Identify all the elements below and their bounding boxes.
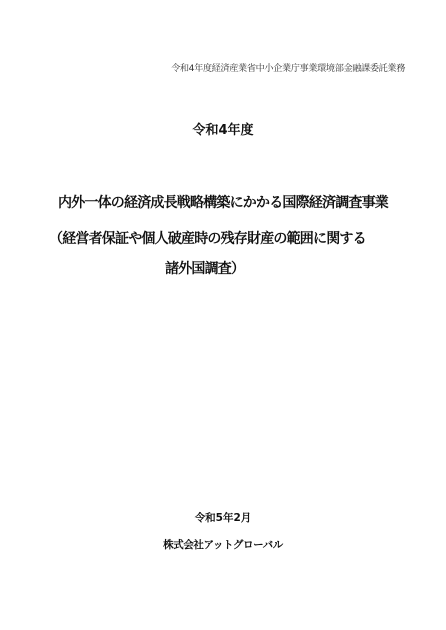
report-subtitle-line-2: 諸外国調査） bbox=[165, 262, 244, 276]
author-company: 株式会社アットグローバル bbox=[0, 540, 446, 551]
report-title: 内外一体の経済成長戦略構築にかかる国際経済調査事業 bbox=[0, 196, 446, 210]
fiscal-year-heading: 令和4年度 bbox=[0, 124, 446, 137]
commissioning-agency-note: 令和4年度経済産業省中小企業庁事業環境部金融課委託業務 bbox=[171, 64, 405, 73]
report-subtitle-line-1: （経営者保証や個人破産時の残存財産の範囲に関する bbox=[49, 232, 366, 246]
document-cover-page: 令和4年度経済産業省中小企業庁事業環境部金融課委託業務 令和4年度 内外一体の経… bbox=[0, 0, 446, 630]
publication-date: 令和5年2月 bbox=[0, 513, 446, 524]
